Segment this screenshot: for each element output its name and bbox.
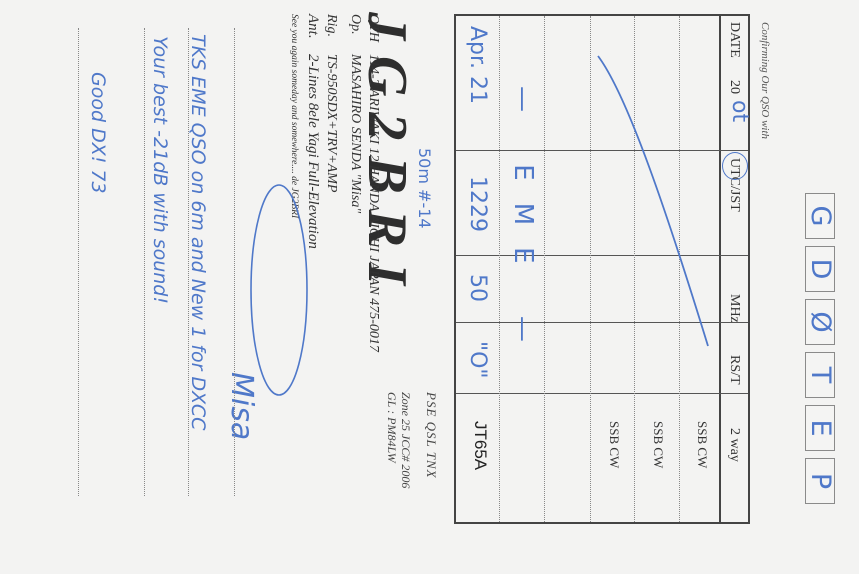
station-grid: GL : PM84LW [384,392,399,463]
message-line [234,28,235,496]
callsign-box-4: T [805,352,835,398]
callsign-box-6: P [805,458,835,504]
confirming-label: Confirming Our QSO with [759,22,771,139]
ant-label: Ant. [304,14,321,54]
op-label: Op. [347,14,363,54]
pse-qsl-tnx: PSE QSL TNX [423,392,439,479]
op-value: MASAHIRO SENDA "Misa" [348,54,363,213]
rig-label: Rig. [323,14,339,54]
strike-line-icon [452,16,748,526]
qth-label: QTH [365,14,381,54]
station-zone: Zone 25 JCC# 2006 [398,392,413,488]
signature: Misa [224,372,259,440]
message-line-1: TKS EME QSO on 6m and New 1 for DXCC [187,34,209,430]
callsign-char: E [805,406,836,450]
message-line-3: Good DX! 73 [87,72,109,194]
qso-table: DATE 20 ot UTC/JST MHz RS/T 2 way SSB CW… [454,14,750,524]
message-line [144,28,145,496]
callsign-char: D [805,247,836,291]
callsign-box-5: E [805,405,835,451]
rig-value: TS-950SDX+TRV+AMP [324,54,339,192]
message-line [78,28,79,496]
message-line-2: Your best -21dB with sound! [149,36,171,304]
rig-line: Rig.TS-950SDX+TRV+AMP [323,14,339,192]
callsign-box-2: D [805,246,835,292]
callsign-box-1: G [805,193,835,239]
callsign-box-3: Ø [805,299,835,345]
qth-line: QTH114-2 ARIWAKI 12 HANDA AICHI JAPAN 47… [365,14,381,352]
handwritten-note: 50m #-14 [415,148,434,229]
callsign-char: Ø [805,300,836,344]
callsign-char: P [805,459,836,503]
qsl-card: Confirming Our QSO with G D Ø T E P DATE… [0,0,859,574]
qth-value: 114-2 ARIWAKI 12 HANDA AICHI JAPAN 475-0… [366,54,381,352]
callsign-char: T [805,353,836,397]
op-line: Op.MASAHIRO SENDA "Misa" [347,14,363,213]
callsign-char: G [805,194,836,238]
